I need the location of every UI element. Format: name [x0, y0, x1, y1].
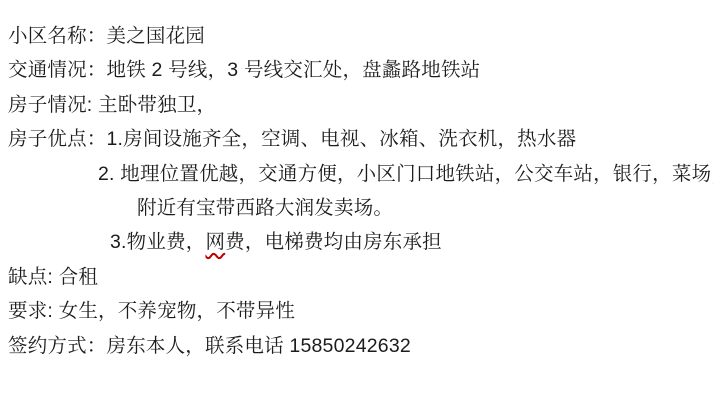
advantage-2-text: 2. 地理位置优越，交通方便，小区门口地铁站，公交车站，银行，菜场， — [98, 163, 713, 185]
signing-method-text: 签约方式：房东本人，联系电话 15850242632 — [8, 335, 411, 357]
line-requirements: 要求: 女生，不养宠物，不带异性 — [0, 294, 713, 328]
advantage-2-continuation-text: 附近有宝带西路大润发卖场。 — [137, 197, 393, 219]
line-advantage-2-continuation: 附近有宝带西路大润发卖场。 — [0, 191, 713, 225]
transport-info-text: 交通情况：地铁 2 号线，3 号线交汇处，盘蠡路地铁站 — [8, 59, 480, 81]
line-room-info: 房子情况: 主卧带独卫， — [0, 88, 713, 122]
line-signing-method: 签约方式：房东本人，联系电话 15850242632 — [0, 329, 713, 363]
room-info-text: 房子情况: 主卧带独卫， — [8, 94, 216, 116]
advantage-3-text-after: 费，电梯费均由房东承担 — [225, 231, 442, 253]
advantage-1-text: 房子优点：1.房间设施齐全，空调、电视、冰箱、洗衣机，热水器 — [8, 128, 576, 150]
advantage-3-text-before: 3.物业费， — [110, 231, 205, 253]
line-advantage-2: 2. 地理位置优越，交通方便，小区门口地铁站，公交车站，银行，菜场， — [0, 157, 713, 191]
document-text-area[interactable]: 小区名称：美之国花园 交通情况：地铁 2 号线，3 号线交汇处，盘蠡路地铁站 房… — [0, 0, 713, 363]
community-name-text: 小区名称：美之国花园 — [8, 25, 205, 47]
document-page[interactable]: 小区名称：美之国花园 交通情况：地铁 2 号线，3 号线交汇处，盘蠡路地铁站 房… — [0, 0, 713, 414]
disadvantage-text: 缺点: 合租 — [8, 266, 98, 288]
line-advantage-1: 房子优点：1.房间设施齐全，空调、电视、冰箱、洗衣机，热水器 — [0, 122, 713, 156]
spellchecked-word: 网 — [205, 231, 225, 253]
line-transport-info: 交通情况：地铁 2 号线，3 号线交汇处，盘蠡路地铁站 — [0, 53, 713, 87]
line-community-name: 小区名称：美之国花园 — [0, 19, 713, 53]
requirements-text: 要求: 女生，不养宠物，不带异性 — [8, 300, 295, 322]
line-advantage-3: 3.物业费，网费，电梯费均由房东承担 — [0, 225, 713, 259]
line-disadvantage: 缺点: 合租 — [0, 260, 713, 294]
